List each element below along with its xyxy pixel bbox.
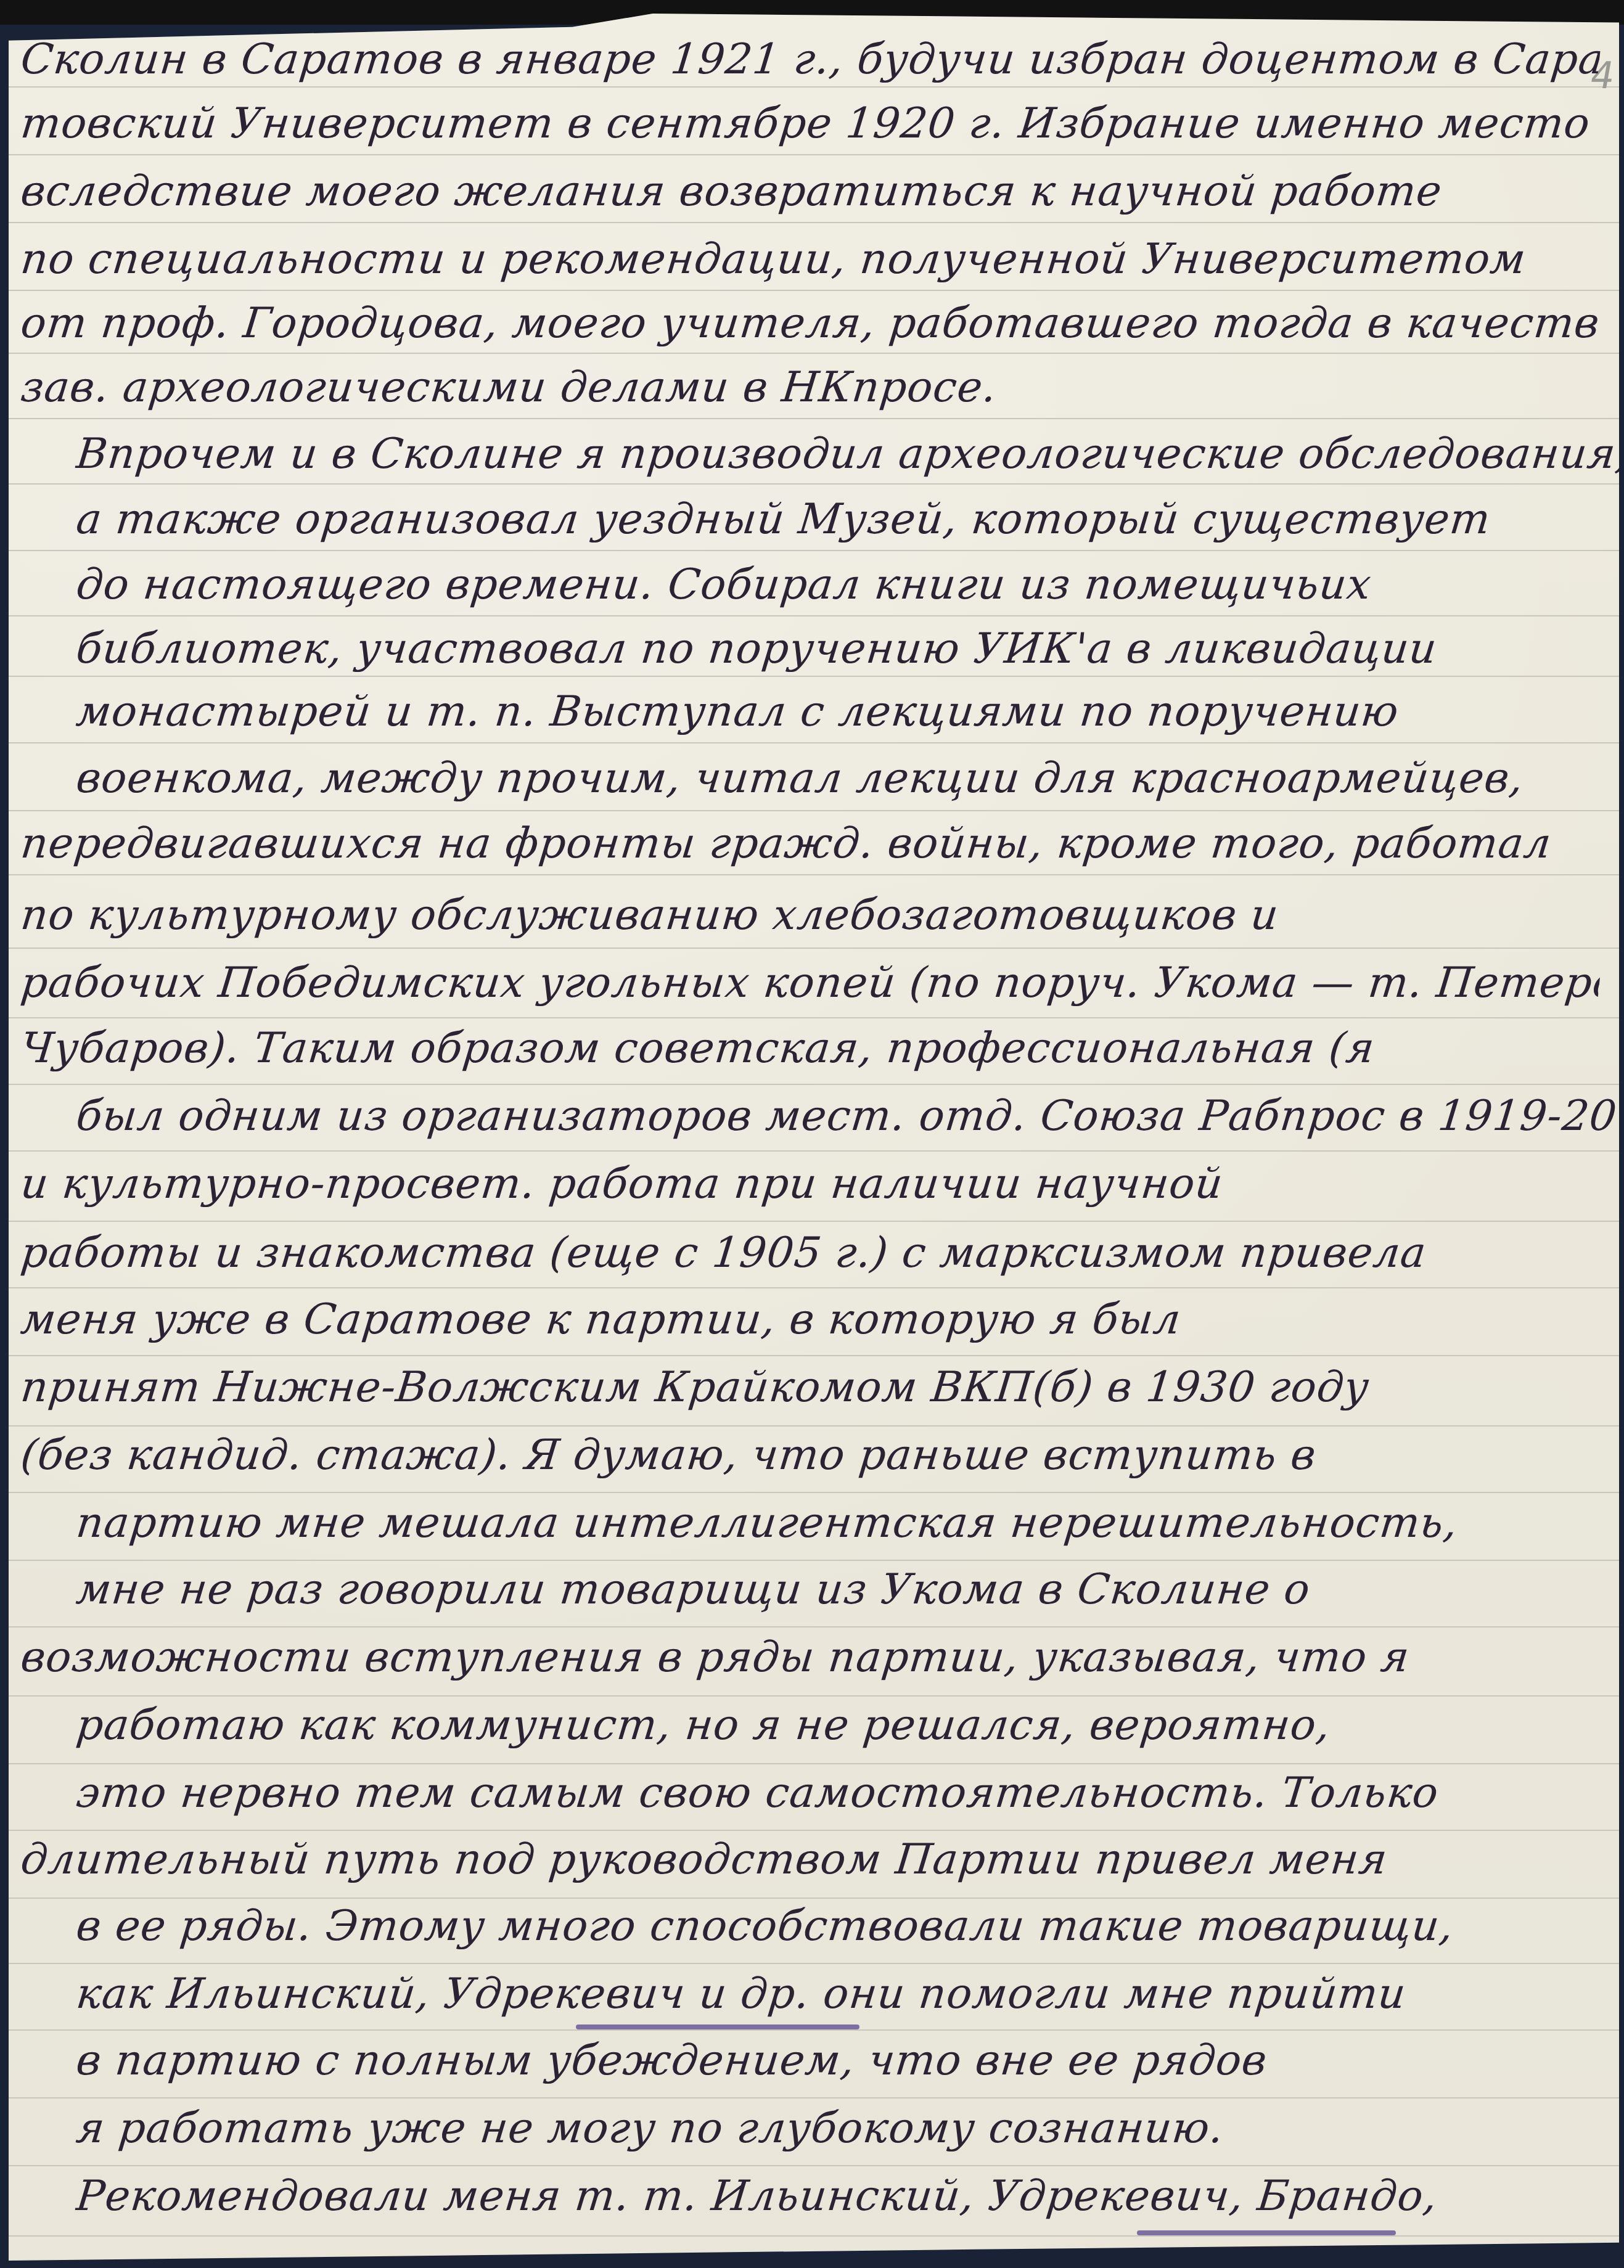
text-line: товский Университет в сентябре 1920 г. И… xyxy=(17,90,1603,158)
text-line: рабочих Победимских угольных копей (по п… xyxy=(17,949,1603,1017)
text-line: до настоящего времени. Собирал книги из … xyxy=(73,551,1624,619)
text-line: работы и знакомства (еще с 1905 г.) с ма… xyxy=(17,1219,1603,1287)
scanned-manuscript: 4 Сколин в Саратов в январе 1921 г., буд… xyxy=(0,0,1624,2268)
violet-underline xyxy=(1137,2230,1396,2235)
text-line: Впрочем и в Сколине я производил археоло… xyxy=(73,420,1624,488)
text-line: военкома, между прочим, читал лекции для… xyxy=(73,745,1624,813)
text-line: партию мне мешала интеллигентская нереши… xyxy=(73,1489,1624,1557)
text-line: принят Нижне-Волжским Крайкомом ВКП(б) в… xyxy=(17,1354,1603,1422)
text-line: вследствие моего желания возвратиться к … xyxy=(17,158,1603,226)
text-line: по культурному обслуживанию хлебозаготов… xyxy=(17,882,1603,949)
text-line: возможности вступления в ряды партии, ук… xyxy=(17,1624,1603,1692)
violet-underline xyxy=(576,2024,859,2029)
text-line: меня уже в Саратове к партии, в которую … xyxy=(17,1286,1603,1354)
text-line: я работать уже не могу по глубокому созн… xyxy=(73,2095,1624,2163)
text-line: мне не раз говорили товарищи из Укома в … xyxy=(73,1556,1624,1624)
text-line: а также организовал уездный Музей, котор… xyxy=(73,486,1624,554)
text-line: это нервно тем самым свою самостоятельно… xyxy=(73,1759,1624,1827)
text-line: по специальности и рекомендации, получен… xyxy=(17,226,1603,293)
text-line: и культурно-просвет. работа при наличии … xyxy=(17,1150,1603,1218)
text-line: работаю как коммунист, но я не решался, … xyxy=(73,1692,1624,1759)
text-line: монастырей и т. п. Выступал с лекциями п… xyxy=(73,678,1624,746)
handwritten-text: Сколин в Саратов в январе 1921 г., будуч… xyxy=(9,14,1619,2261)
text-line: от проф. Городцова, моего учителя, работ… xyxy=(17,290,1603,358)
text-line: Сколин в Саратов в январе 1921 г., будуч… xyxy=(17,26,1603,94)
manuscript-page: 4 Сколин в Саратов в январе 1921 г., буд… xyxy=(9,14,1619,2261)
text-line: Чубаров). Таким образом советская, профе… xyxy=(17,1015,1603,1083)
text-line: зав. археологическими делами в НКпросе. xyxy=(17,354,1603,422)
text-line: библиотек, участвовал по поручению УИК'а… xyxy=(73,615,1624,683)
text-line: длительный путь под руководством Партии … xyxy=(17,1826,1603,1894)
text-line: был одним из организаторов мест. отд. Со… xyxy=(73,1083,1624,1150)
text-line: в ее ряды. Этому много способствовали та… xyxy=(73,1893,1624,1960)
text-line: в партию с полным убеждением, что вне ее… xyxy=(73,2027,1624,2095)
text-line: передвигавшихся на фронты гражд. войны, … xyxy=(17,810,1603,878)
text-line: (без кандид. стажа). Я думаю, что раньше… xyxy=(17,1422,1603,1489)
text-line: Рекомендовали меня т. т. Ильинский, Удре… xyxy=(73,2163,1624,2230)
text-line: как Ильинский, Удрекевич и др. они помог… xyxy=(73,1960,1624,2028)
